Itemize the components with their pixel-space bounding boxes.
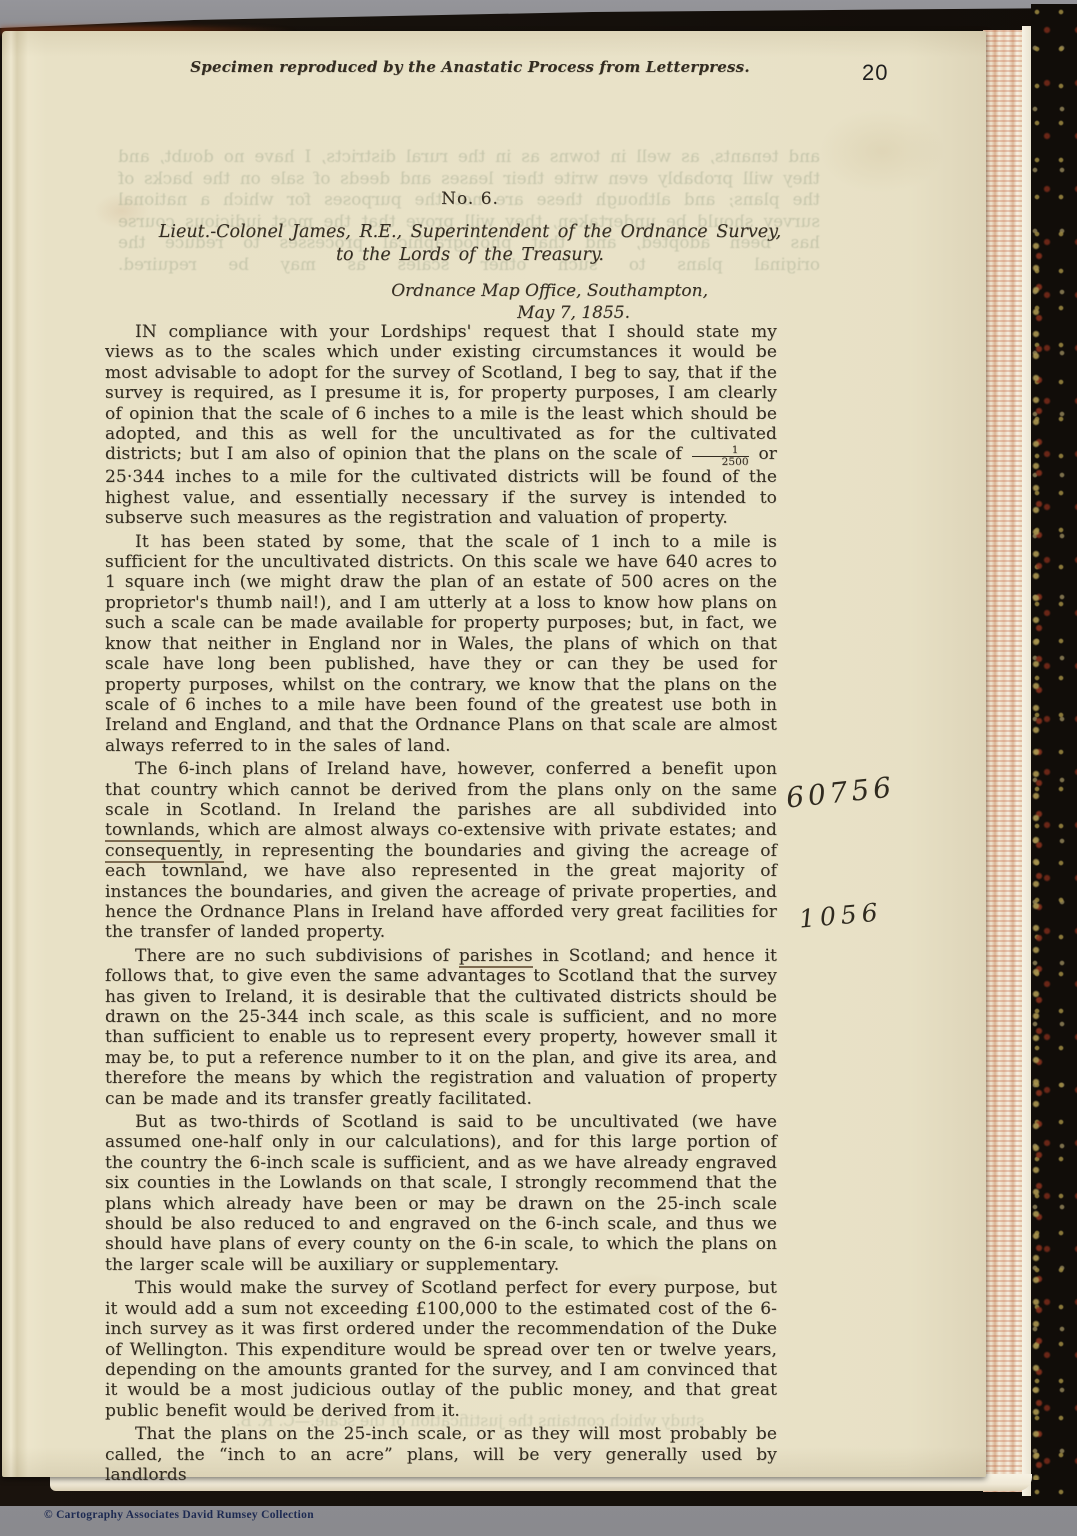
paragraph: IN compliance with your Lordships' reque… <box>105 322 777 529</box>
bleedthrough-line: and tenants, as well in towns as in the … <box>118 146 820 168</box>
dateline-date: May 7, 1855. <box>120 302 820 324</box>
document-number: No. 6. <box>120 189 820 209</box>
pen-underlined-word: consequently, <box>105 841 224 863</box>
scale-fraction: 12500 <box>692 446 749 467</box>
paragraph: This would make the survey of Scotland p… <box>105 1278 777 1421</box>
letter-heading: Lieut.-Colonel James, R.E., Superintende… <box>150 221 790 267</box>
paragraph: It has been stated by some, that the sca… <box>105 532 777 756</box>
fore-edge-white-strip <box>1022 26 1031 1496</box>
page-number: 20 <box>862 60 888 86</box>
marbled-cover-band <box>1031 240 1043 1480</box>
paragraph: But as two-thirds of Scotland is said to… <box>105 1112 777 1275</box>
collection-copyright: © Cartography Associates David Rumsey Co… <box>44 1509 314 1521</box>
dateline-place: Ordnance Map Office, Southampton, <box>120 280 820 302</box>
specimen-caption: Specimen reproduced by the Anastatic Pro… <box>120 58 820 76</box>
fore-edge-pages <box>983 30 1025 1492</box>
scanned-book-photo: and tenants, as well in towns as in the … <box>0 0 1077 1536</box>
paragraph: There are no such subdivisions of parish… <box>105 946 777 1109</box>
paragraph: That the plans on the 25-inch scale, or … <box>105 1424 777 1485</box>
pen-underlined-word: townlands, <box>105 820 200 842</box>
dateline: Ordnance Map Office, Southampton, May 7,… <box>120 280 820 324</box>
pen-underlined-word: parishes <box>459 946 533 968</box>
paragraph: The 6-inch plans of Ireland have, howeve… <box>105 759 777 943</box>
paragraphs: IN compliance with your Lordships' reque… <box>105 322 777 1485</box>
bleedthrough-line: they will probably even write their leas… <box>118 168 820 190</box>
